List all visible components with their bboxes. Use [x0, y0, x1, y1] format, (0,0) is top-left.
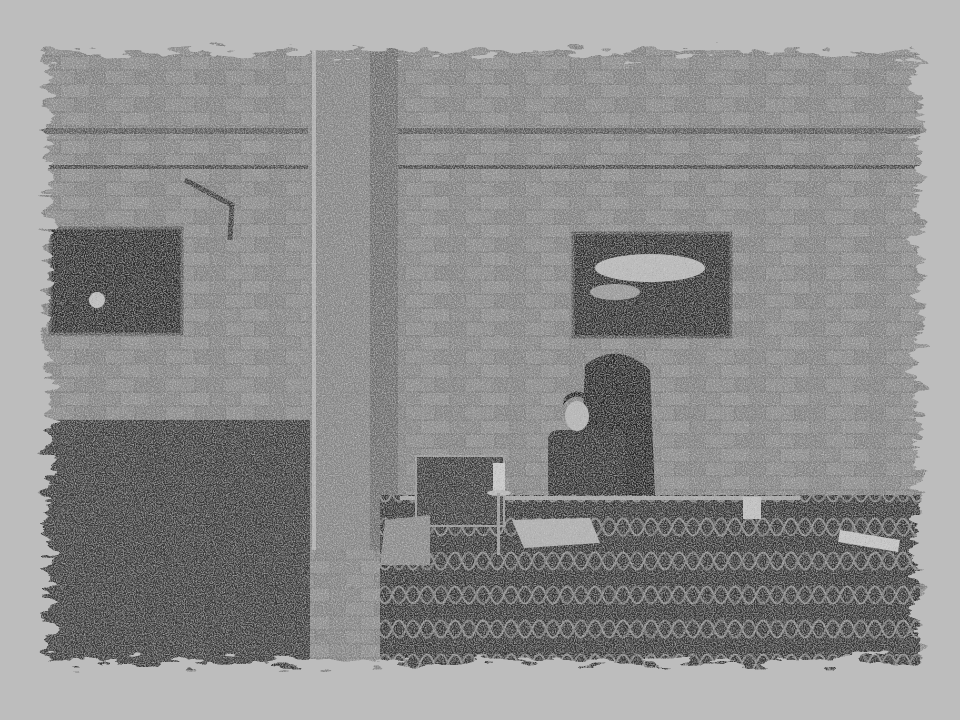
game-scene	[0, 0, 960, 720]
game-viewport[interactable]	[0, 0, 960, 720]
room	[0, 0, 960, 720]
